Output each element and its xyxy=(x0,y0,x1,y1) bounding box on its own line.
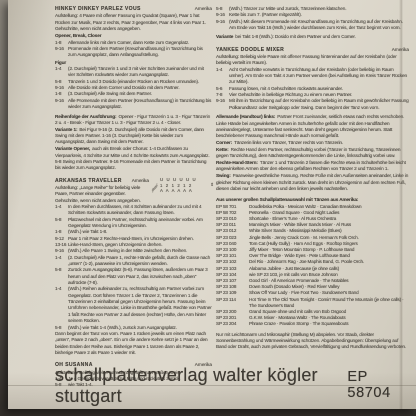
step-line: 1-4(2. Durchspiel) Alle Paare 1, rechte … xyxy=(55,255,212,268)
step-text: Alle Dosido mit dem Corner und Dosido mi… xyxy=(68,85,180,90)
dance-title-row: HINKEY DINKEY PARLEZ VOUSAmerika xyxy=(55,6,212,12)
step-text: Tänzerin 1 und 3 Dosido (einander Rücken… xyxy=(68,79,199,84)
step-number: 1-4 xyxy=(55,204,68,210)
text-column-right: 5-8(Wdh.) Tänzer zur Mitte und zurück, T… xyxy=(216,6,409,388)
step-text: In den Reihen durchfassen, mit 4 Schritt… xyxy=(68,204,201,215)
step-text: Promenade mit dem Partner (Kreuzhandfass… xyxy=(68,46,203,57)
step-number: 1-4 xyxy=(55,66,68,72)
record-titles: Doudlebska Polka · Mexican Waltz · Canad… xyxy=(249,204,361,209)
paragraph-text: Aufstellung: 4 Paare mit offener Fassung… xyxy=(55,13,206,31)
paragraph-text: Aufstellung: „Lange Reihe“ für beliebig … xyxy=(55,185,141,203)
step-text: Allemande links mit dem Corner, dann Ket… xyxy=(68,40,189,45)
paragraph-text: Nur mit Leichttonarm und Mikrosaphir (St… xyxy=(216,332,406,350)
step-text: (Wdh.) wie Takt 1-8. xyxy=(68,229,107,234)
formation-side-label: „oben“ xyxy=(149,182,160,193)
paragraph: Nur mit Leichttonarm und Mikrosaphir (St… xyxy=(216,332,409,351)
record-titles: Tom Cat (Hully Gully) · Ham And Eggs · R… xyxy=(249,241,358,246)
step-line: 1-4(2. Durchspiel) Tänzerin 1 und 3 mit … xyxy=(55,66,212,79)
step-line: 9-16Mit ihm in Tanzrichtung auf der Krei… xyxy=(216,98,409,111)
step-text: (Wdh.) Alle Paare 1 Swing in der Mitte z… xyxy=(68,248,187,253)
record-titles: Petronella · Grand Square · Good Night L… xyxy=(249,210,339,215)
paragraph-text: Rechte Hand dem Partner, rechtsschultrig… xyxy=(216,147,400,158)
step-text: Platzwechsel mit dem Partner, rechtsschu… xyxy=(68,217,203,228)
record-item: SP 23 114Hot Time In The Old Town Tonigh… xyxy=(216,297,409,309)
imprint-row: schallplattenverlag walter kögler stuttg… xyxy=(55,365,407,407)
step-text: Fassung lösen, mit 4 Gehschritten rückwä… xyxy=(229,86,343,91)
paragraph: Swing:Paarweise gewöhnliche Fassung. Rec… xyxy=(216,173,409,192)
record-titles: Phrase Craze · Pavalon Stomp · The Squar… xyxy=(249,321,348,326)
paragraph: Aufstellung: Beliebig viele Paare mit of… xyxy=(216,54,409,67)
step-line: 9-16Alle Promenade mit dem Partner (Kreu… xyxy=(55,98,212,111)
record-titles: Show Off Your Lady · Five Foot Two · Sun… xyxy=(249,290,359,295)
step-text: Mit ihm in Tanzrichtung auf der Kreisbah… xyxy=(229,98,409,109)
paragraph: Dann beginnt der Tanz von vorn. Paare 1 … xyxy=(55,331,212,356)
text-columns: HINKEY DINKEY PARLEZ VOUSAmerikaAufstell… xyxy=(55,6,409,388)
step-text: Alle Promenade mit dem Partner (Kreuzhan… xyxy=(68,98,211,109)
paragraph: Kette:Rechte Hand dem Partner, rechtssch… xyxy=(216,147,409,160)
step-number: 9-16 xyxy=(216,98,229,104)
step-line: 9-16(Wdh.) Mit diesem Promenade mit Kreu… xyxy=(216,19,409,32)
record-titles: Grand Square ohne und mit calls von Bob … xyxy=(249,309,346,314)
paragraph-lead: Corner: xyxy=(216,140,232,145)
paragraph-text: Bei Figur 9-16 (2. Durchspiel) alle Dosi… xyxy=(55,127,204,145)
dance-title: YANKEE DOODLE MIXER xyxy=(216,47,284,53)
text-column-left: HINKEY DINKEY PARLEZ VOUSAmerikaAufstell… xyxy=(55,6,212,388)
step-text: (Wdh.) wie Takt 1-4 (Wdh.), zurück zum A… xyxy=(68,325,177,330)
record-titles: Down South (Dosado Mixer) · Red River Va… xyxy=(249,284,339,289)
paragraph: Variante 1:Bei Figur 9-16 (2. Durchspiel… xyxy=(55,127,212,146)
step-text: Linke-Hand-Stern, gegen Uhrzeigersinn dr… xyxy=(68,242,162,247)
step-text: (3. Durchspiel) Alle Swing mit dem Partn… xyxy=(68,91,152,96)
paragraph-text: Tänzerin links vom Tänzer, Tänzer rechts… xyxy=(234,140,343,145)
paragraph: Aufstellung: 4 Paare mit offener Fassung… xyxy=(55,13,212,32)
dance-title-row: YANKEE DOODLE MIXERAmerika xyxy=(216,47,409,53)
region-label: Amerika xyxy=(132,178,149,184)
paragraph-text: bei Takt 1-8 (Wdh.): Dosido mit dem Part… xyxy=(235,34,356,39)
paragraph-text: Dann beginnt der Tanz von vorn. Paare 1 … xyxy=(55,331,207,355)
paragraph: Corner:Tänzerin links vom Tänzer, Tänzer… xyxy=(216,140,409,146)
step-line: 1-4Acht Gehschritte vorwärts in Tanzrich… xyxy=(216,67,409,86)
step-line: 1-4(Wdh.) Reihen aufeinander zu, rechtss… xyxy=(55,286,212,324)
step-number: 1-4 xyxy=(55,255,68,261)
record-titles: G.K.W. Mixer · Montana Waltz · The Round… xyxy=(249,315,346,320)
record-number: SP 23 204 xyxy=(216,321,249,327)
paragraph-lead: Reihenfolge der Ausführung: xyxy=(55,114,116,119)
step-line: 5-8Zurück zum Ausgangsplatz (5-6). Fassu… xyxy=(55,267,212,286)
step-number: 1-4 xyxy=(55,286,68,292)
record-titles: Over The Bridge · Wide Eyes · Pete Lofth… xyxy=(249,253,350,258)
step-number: 5-8 xyxy=(55,217,68,223)
step-text: Vier Gehschritte in beliebige Richtung z… xyxy=(229,92,352,97)
paragraph: Variante Opener,auch als Break oder Chor… xyxy=(55,146,212,171)
record-sleeve-back: HINKEY DINKEY PARLEZ VOUSAmerikaAufstell… xyxy=(8,0,416,409)
dance-title-row: ARKANSAS TRAVELLERAmerika xyxy=(55,178,149,184)
paragraph-lead: Variante xyxy=(216,34,233,39)
step-text: (2. Durchspiel) Alle Paare 1, rechte Hän… xyxy=(68,255,210,266)
paragraph-text: Aufstellung: Beliebig viele Paare mit of… xyxy=(216,54,397,65)
step-text: (Wdh.) Tänzer zur Mitte und zurück, Tänz… xyxy=(229,6,346,11)
step-text: Zurück zum Ausgangsplatz (5-6). Fassung … xyxy=(68,267,208,285)
record-number: SP 23 114 xyxy=(216,297,249,303)
step-number: 9-16 xyxy=(55,46,68,52)
formation-diagram: „oben“U U U U U U1 2 1 2 1 2A A A A A A⇕ xyxy=(153,177,212,195)
step-text: (Wdh.) Mit diesem Promenade mit Kreuzhan… xyxy=(229,19,403,30)
step-text: (Wdh.) Reihen aufeinander zu, rechtsschu… xyxy=(68,286,212,323)
paragraph-lead: Variante Opener, xyxy=(55,146,90,151)
paragraph-lead: Rechte-Hand-Stern: xyxy=(216,160,258,165)
photo-background: HINKEY DINKEY PARLEZ VOUSAmerikaAufstell… xyxy=(0,0,416,416)
step-text: Paar 1 mit Paar 2 Rechte-Hand-Stern, im … xyxy=(68,236,194,241)
record-titles: Manning's Mixer · White Silver Sands Mix… xyxy=(249,222,351,227)
step-line: 1-4In den Reihen durchfassen, mit 4 Schr… xyxy=(55,204,212,217)
record-titles: wie SP 23 103, je mit calls von Bruce Jo… xyxy=(249,272,338,277)
paragraph: Rechte-Hand-Stern:Tänzer 1 und Tänzerin … xyxy=(216,160,409,173)
step-text: Kette bis zum 7. (Partner mitgezählt). xyxy=(229,12,302,17)
paragraph: Reihenfolge der Ausführung:Opener - Figu… xyxy=(55,114,212,127)
paragraph-lead: Kette: xyxy=(216,147,229,152)
formation-row: A A A A A A xyxy=(160,188,212,194)
record-titles: Good Girl · All American Promenade · The… xyxy=(249,278,348,283)
step-line: 5-8Platzwechsel mit dem Partner, rechtss… xyxy=(55,217,212,230)
step-number: 9-16 xyxy=(216,19,229,25)
record-titles: Jiffy Mixer · Teton Mountain Stomp · P. … xyxy=(249,247,354,252)
step-line: 9-16Promenade mit dem Partner (Kreuzhand… xyxy=(55,46,212,59)
record-titles: Shortcake · Elmer's Tune · Al Russ Orche… xyxy=(249,216,336,221)
step-text: (2. Durchspiel) Tänzerin 1 und 3 mit vie… xyxy=(68,66,204,77)
publisher-name: schallplattenverlag walter kögler stuttg… xyxy=(55,365,347,407)
record-titles: White Silver Sands · Mississippi Melodie… xyxy=(249,228,342,233)
paragraph-lead: Variante 1: xyxy=(55,127,77,132)
paragraph: Allemande (Handtour) links:Partner Front… xyxy=(216,114,409,139)
step-number: 9-16 xyxy=(55,98,68,104)
step-number: 5-8 xyxy=(55,267,68,273)
formation-direction-mark: ⇕ xyxy=(210,182,214,188)
paragraph-lead: Allemande (Handtour) links: xyxy=(216,114,275,119)
region-label: Amerika xyxy=(195,6,212,12)
step-text: Acht Gehschritte vorwärts in Tanzrichtun… xyxy=(229,67,407,85)
record-titles: Alabama Jubilee · Just Because (je ohne … xyxy=(249,266,339,271)
paragraph-text: Paarweise gewöhnliche Fassung. Rechte Fü… xyxy=(216,173,408,191)
catalog-number: EP 58704 xyxy=(347,369,407,401)
step-number: 1-4 xyxy=(216,67,229,73)
record-item: SP 23 204Phrase Craze · Pavalon Stomp · … xyxy=(216,321,409,327)
dance-title: ARKANSAS TRAVELLER xyxy=(55,178,122,184)
record-titles: Hot Time In The Old Town Tonight · Comin… xyxy=(249,297,404,308)
paragraph-lead: Swing: xyxy=(216,173,231,178)
paragraph: Variantebei Takt 1-8 (Wdh.): Dosido mit … xyxy=(216,34,409,40)
dance-title: HINKEY DINKEY PARLEZ VOUS xyxy=(55,6,141,12)
record-titles: Del Rio · Johnson's Rag · Joe Maphis Ban… xyxy=(249,259,364,264)
vertical-crease xyxy=(399,0,403,409)
record-titles: Jingle Bells · Jenny Crack Corn · M. Her… xyxy=(249,235,359,240)
